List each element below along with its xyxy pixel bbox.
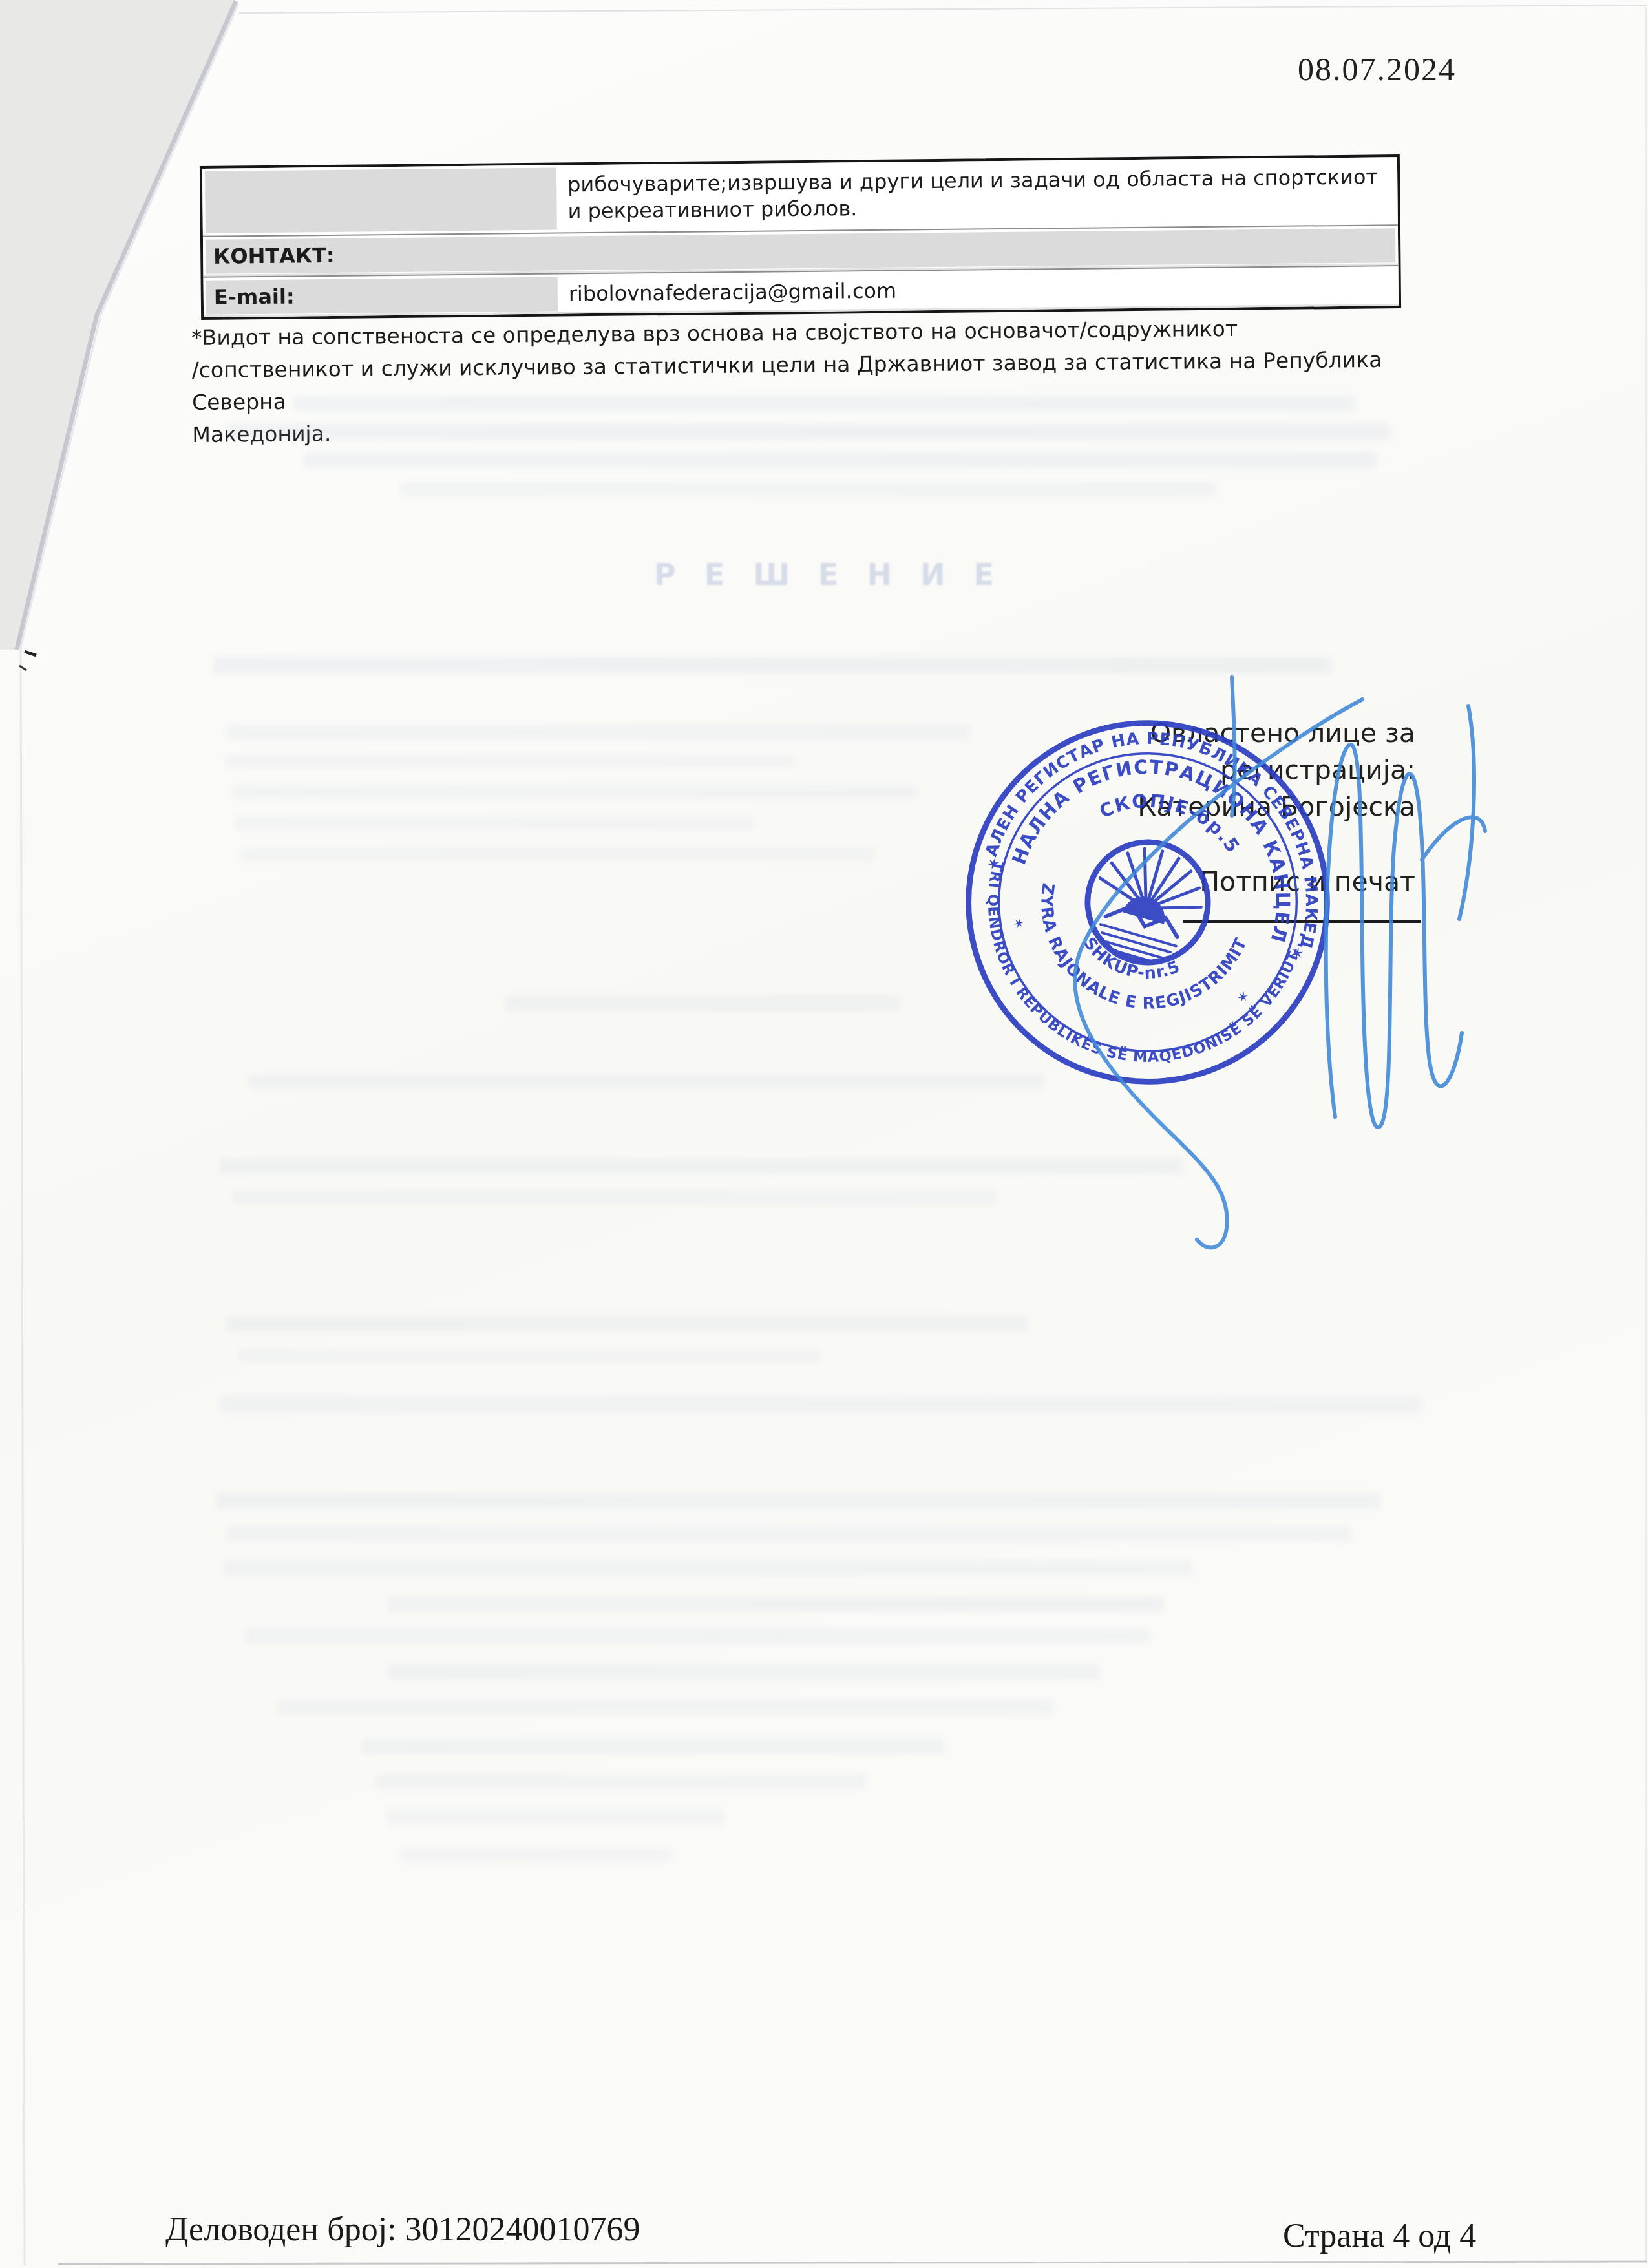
- bleedthrough-line: [226, 1316, 1028, 1331]
- bleedthrough-line: [239, 1350, 821, 1362]
- table-cell-empty: [205, 168, 557, 233]
- bleedthrough-line: [220, 1158, 1183, 1174]
- bleedthrough-line: [236, 817, 753, 830]
- table-cell-activity: рибочуварите;извршува и други цели и зад…: [560, 160, 1395, 229]
- bleedthrough-line: [246, 1629, 1150, 1643]
- registry-number: Деловоден број: 30120240010769: [165, 2210, 640, 2249]
- bleedthrough-line: [401, 1849, 672, 1861]
- bleedthrough-line: [294, 396, 1354, 411]
- edge-mark: [19, 666, 26, 670]
- bleedthrough-line: [401, 482, 1215, 496]
- bleedthrough-line: [226, 755, 795, 768]
- bleedthrough-line: [278, 1700, 1053, 1714]
- bleedthrough-line: [226, 424, 1389, 440]
- bleedthrough-line: [375, 1774, 866, 1788]
- bleedthrough-line: [213, 657, 1331, 673]
- bleedthrough-line: [233, 1191, 995, 1205]
- bleedthrough-line: [505, 995, 900, 1011]
- table-row: рибочуварите;извршува и други цели и зад…: [202, 157, 1398, 236]
- bleedthrough-line: [362, 1739, 944, 1754]
- stamp-star-small: ✶: [1234, 988, 1250, 1007]
- stamp-star-small: ✶: [1011, 915, 1026, 933]
- page-indicator: Страна 4 од 4: [1283, 2217, 1476, 2255]
- paper-top-edge: [239, 5, 1647, 13]
- bleedthrough-line: [220, 1396, 1422, 1413]
- bleedthrough-line: [388, 1664, 1099, 1680]
- document-date: 08.07.2024: [1298, 50, 1456, 88]
- table-cell-email-label: E-mail:: [206, 277, 558, 315]
- registry-stamp: ЦЕНТРАЛЕН РЕГИСТАР НА РЕПУБЛИКА СЕВЕРНА …: [958, 712, 1338, 1092]
- bleedthrough-line: [226, 725, 969, 739]
- bleedthrough-line: [388, 1810, 724, 1824]
- bleedthrough-line: [233, 786, 918, 799]
- bleedthrough-line: [240, 848, 874, 861]
- edge-mark: [25, 652, 36, 655]
- table-cell-email-value: ribolovnafederacija@gmail.com: [561, 269, 1396, 311]
- bleedthrough-line: [304, 452, 1377, 468]
- bleedthrough-heading: Р Е Ш Е Н И Е: [654, 557, 1003, 592]
- bleedthrough-line: [226, 1527, 1351, 1541]
- scanned-document-page: 08.07.2024 рибочуварите;извршува и други…: [0, 0, 1648, 2268]
- bleedthrough-line: [388, 1596, 1163, 1612]
- contact-table: рибочуварите;извршува и други цели и зад…: [200, 154, 1401, 320]
- paper-bottom-edge: [58, 2262, 1647, 2264]
- bleedthrough-line: [217, 1493, 1380, 1509]
- bleedthrough-line: [249, 1074, 1044, 1088]
- bleedthrough-line: [223, 1561, 1192, 1575]
